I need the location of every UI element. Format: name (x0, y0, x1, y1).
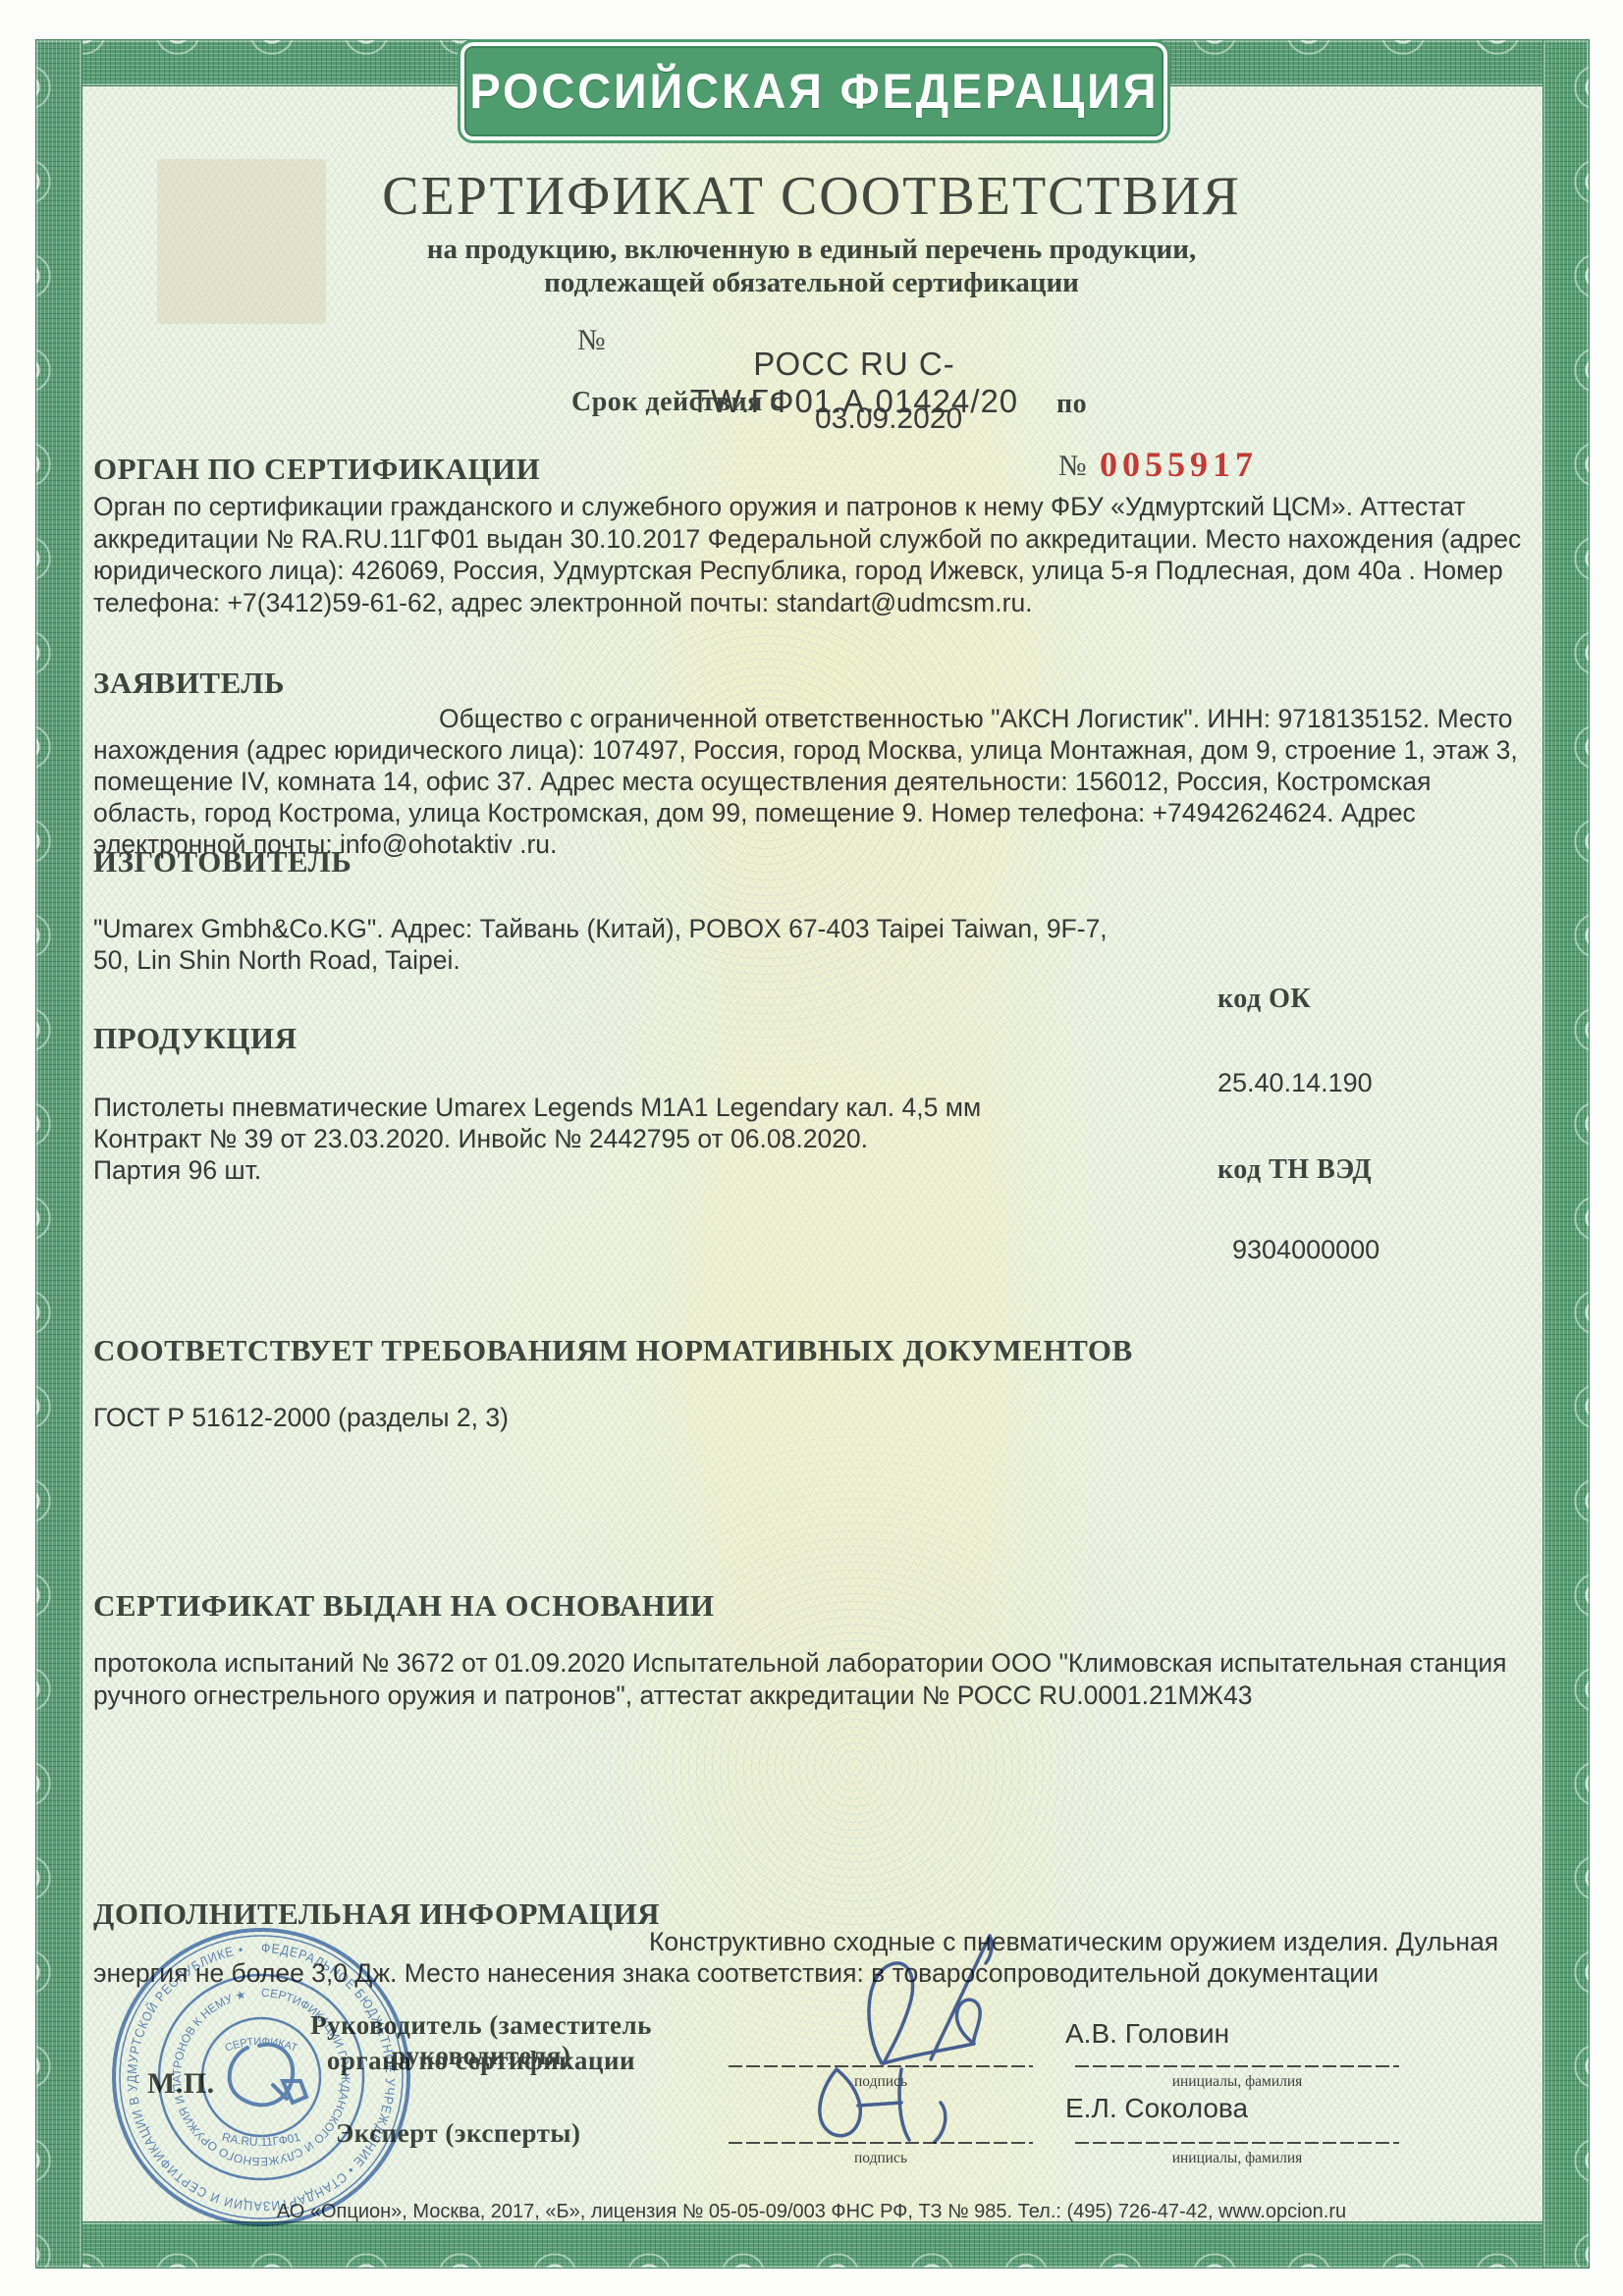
stamp-code-text: RA.RU.11ГФ01 (221, 2130, 302, 2149)
name-line (1075, 2142, 1399, 2144)
stamp-ring-outer-text: ФЕДЕРАЛЬНОЕ БЮДЖЕТНОЕ УЧРЕЖДЕНИЕ • СТАНД… (125, 1941, 398, 2214)
product-line2: Контракт № 39 от 23.03.2020. Инвойс № 24… (93, 1123, 1213, 1155)
country-plaque-label: РОССИЙСКАЯ ФЕДЕРАЦИЯ (469, 63, 1159, 120)
round-stamp-icon: ФЕДЕРАЛЬНОЕ БЮДЖЕТНОЕ УЧРЕЖДЕНИЕ • СТАНД… (55, 1871, 467, 2283)
validity-to-label: по (1056, 389, 1087, 420)
document-title: СЕРТИФИКАТ СООТВЕТСТВИЯ (0, 165, 1623, 228)
section-basis-heading: СЕРТИФИКАТ ВЫДАН НА ОСНОВАНИИ (93, 1588, 714, 1624)
section-conformity-heading: СООТВЕТСТВУЕТ ТРЕБОВАНИЯМ НОРМАТИВНЫХ ДО… (93, 1333, 1133, 1368)
product-line1: Пистолеты пневматические Umarex Legends … (93, 1092, 1213, 1124)
name-caption: инициалы, фамилия (1075, 2150, 1399, 2167)
name-line (1075, 2065, 1399, 2067)
tnved-code-value: 9304000000 (1232, 1235, 1380, 1265)
country-plaque: РОССИЙСКАЯ ФЕДЕРАЦИЯ (458, 39, 1170, 143)
name-caption: инициалы, фамилия (1075, 2073, 1399, 2091)
blank-number-value: 0055917 (1100, 444, 1258, 485)
validity-from-date: 03.09.2020 (815, 402, 962, 436)
svg-text:ФЕДЕРАЛЬНОЕ БЮДЖЕТНОЕ УЧРЕЖДЕН: ФЕДЕРАЛЬНОЕ БЮДЖЕТНОЕ УЧРЕЖДЕНИЕ • СТАНД… (125, 1941, 398, 2214)
svg-text:RA.RU.11ГФ01: RA.RU.11ГФ01 (221, 2130, 302, 2149)
certificate-page: РОССИЙСКАЯ ФЕДЕРАЦИЯ СЕРТИФИКАТ СООТВЕТС… (0, 0, 1623, 2296)
tnved-code-label: код ТН ВЭД (1217, 1154, 1372, 1186)
blank-number-label: № (1058, 450, 1087, 483)
certificate-number-label: № (577, 324, 606, 357)
section-manufacturer-line2: 50, Lin Shin North Road, Taipei. (93, 944, 1529, 977)
section-product-heading: ПРОДУКЦИЯ (93, 1021, 297, 1056)
section-manufacturer-line1: "Umarex Gmbh&Co.KG". Адрес: Тайвань (Кит… (93, 913, 1529, 945)
section-organ-text: Орган по сертификации гражданского и слу… (93, 491, 1532, 618)
section-applicant-text: Общество с ограниченной ответственностью… (93, 703, 1529, 860)
head-name: А.В. Головин (1065, 2018, 1229, 2050)
document-subtitle-line1: на продукцию, включенную в единый перече… (0, 234, 1623, 266)
product-line3: Партия 96 шт. (93, 1154, 1213, 1187)
border-band-right (1542, 39, 1590, 2269)
section-manufacturer-heading: ИЗГОТОВИТЕЛЬ (93, 844, 352, 880)
section-basis-text: протокола испытаний № 3672 от 01.09.2020… (93, 1647, 1527, 1712)
document-subtitle-line2: подлежащей обязательной сертификации (0, 267, 1623, 299)
section-organ-heading: ОРГАН ПО СЕРТИФИКАЦИИ (93, 452, 540, 487)
validity-from-label: Срок действия с (571, 387, 783, 418)
expert-signature-icon (776, 2052, 1051, 2155)
expert-name: Е.Л. Соколова (1065, 2093, 1248, 2124)
ok-code-value: 25.40.14.190 (1217, 1068, 1373, 1098)
section-applicant-heading: ЗАЯВИТЕЛЬ (93, 666, 285, 701)
ok-code-label: код ОК (1217, 984, 1311, 1015)
section-conformity-text: ГОСТ Р 51612-2000 (разделы 2, 3) (93, 1402, 1527, 1434)
